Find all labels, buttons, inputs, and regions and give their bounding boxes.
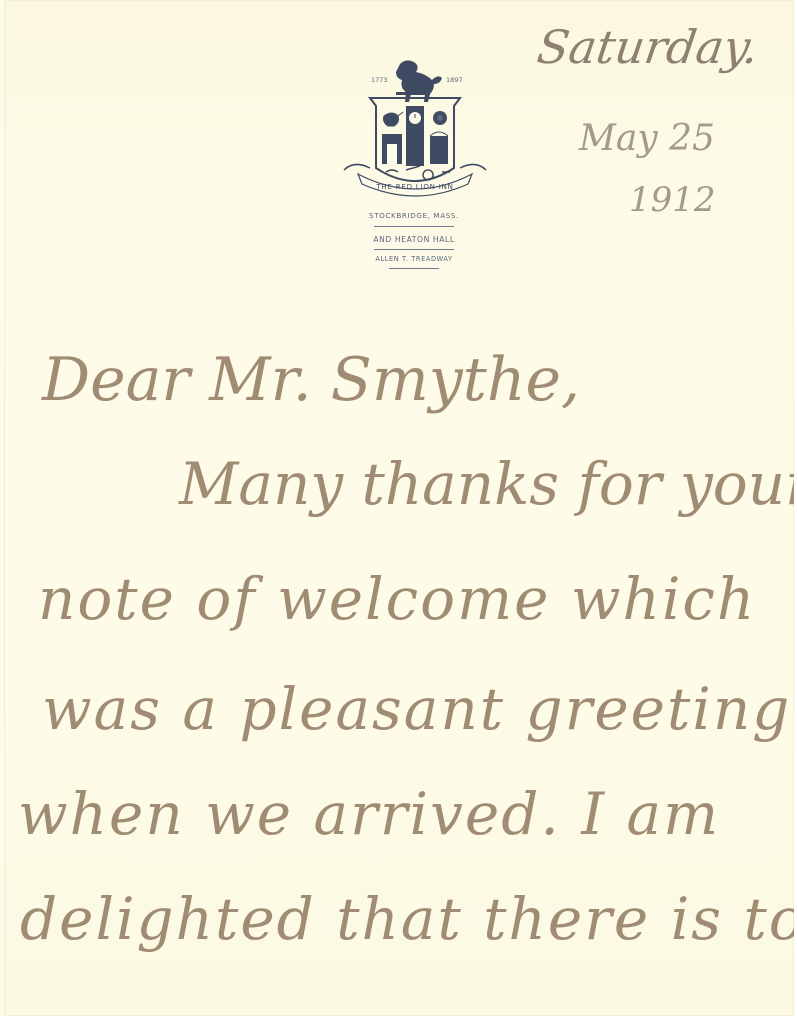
red-lion-inn-crest-icon: THE RED LION INN bbox=[342, 58, 488, 198]
dateline-day: Saturday. bbox=[534, 20, 762, 74]
scan-edge-bottom bbox=[0, 1016, 797, 1024]
letterhead-rule bbox=[389, 268, 439, 269]
letter-line: delighted that there is to bbox=[20, 885, 797, 953]
letterhead-rule bbox=[374, 226, 454, 227]
salutation: Dear Mr. Smythe, bbox=[42, 345, 580, 415]
letter-line: when we arrived. I am bbox=[18, 780, 720, 848]
letter-line: Many thanks for your bbox=[179, 450, 797, 518]
letter-page: THE RED LION INN 1773 1897 STOCKBRIDGE, … bbox=[4, 0, 794, 1016]
letter-line: was a pleasant greeting bbox=[42, 675, 791, 743]
year-founded: 1773 bbox=[371, 76, 388, 84]
letter-line: note of welcome which bbox=[38, 565, 756, 633]
letterhead-proprietor: ALLEN T. TREADWAY bbox=[334, 255, 494, 263]
crest-banner-text: THE RED LION INN bbox=[375, 183, 453, 191]
letterhead-second-location: AND HEATON HALL bbox=[334, 235, 494, 244]
letterhead-rule bbox=[374, 249, 454, 250]
dateline-month-day: May 25 bbox=[579, 118, 715, 159]
dateline-year: 1912 bbox=[629, 180, 716, 220]
letterhead-city: STOCKBRIDGE, MASS. bbox=[334, 211, 494, 220]
year-established: 1897 bbox=[446, 76, 463, 84]
